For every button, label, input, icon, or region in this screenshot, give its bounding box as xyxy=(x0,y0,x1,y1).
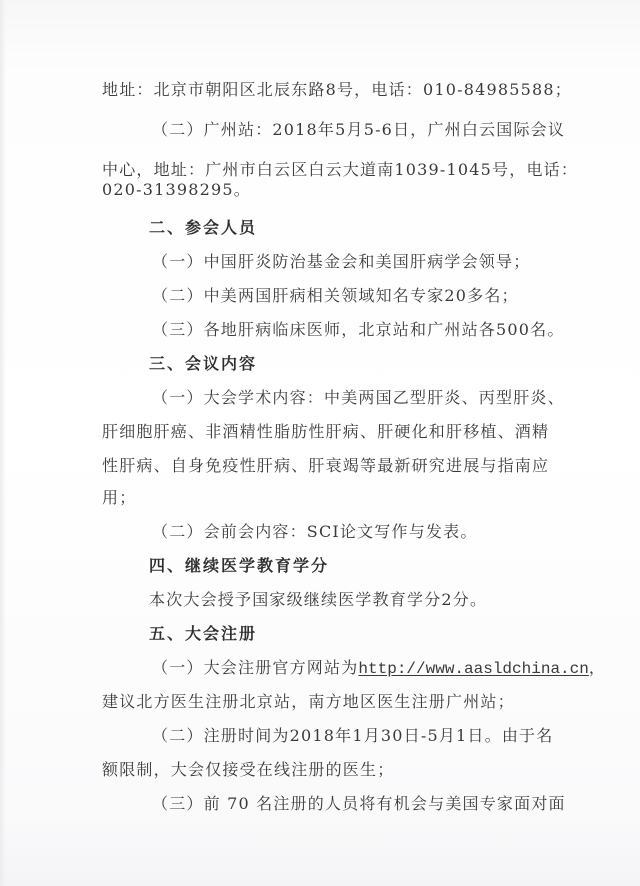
section-heading-registration: 五、大会注册 xyxy=(149,624,257,644)
guangzhou-address-line: 中心，地址：广州市白云区白云大道南1039-1045号，电话： xyxy=(102,160,578,180)
attendee-item-3: （三）各地肝病临床医师，北京站和广州站各500名。 xyxy=(152,320,565,340)
registration-item-2-line-1: （二）注册时间为2018年1月30日-5月1日。由于名 xyxy=(152,726,553,746)
content-item-1-line-1: （一）大会学术内容：中美两国乙型肝炎、丙型肝炎、 xyxy=(152,388,565,408)
content-item-2: （二）会前会内容：SCI论文写作与发表。 xyxy=(152,522,478,542)
attendee-item-2: （二）中美两国肝病相关领域知名专家20多名； xyxy=(152,286,519,306)
section-heading-attendees: 二、参会人员 xyxy=(149,218,257,238)
registration-item-1-line-1: （一）大会注册官方网站为http://www.aasldchina.cn， xyxy=(152,658,606,678)
registration-site-prefix: （一）大会注册官方网站为 xyxy=(152,658,358,677)
document-page: 地址：北京市朝阳区北辰东路8号，电话：010-84985588； （二）广州站：… xyxy=(0,0,640,886)
registration-item-2-line-2: 额限制，大会仅接受在线注册的医生； xyxy=(102,760,394,780)
registration-site-suffix: ， xyxy=(589,658,606,677)
section-heading-cme-credits: 四、继续医学教育学分 xyxy=(149,556,329,576)
registration-item-3-line-1: （三）前 70 名注册的人员将有机会与美国专家面对面 xyxy=(152,794,566,814)
registration-item-1-line-2: 建议北方医生注册北京站，南方地区医生注册广州站； xyxy=(102,692,515,712)
content-item-1-line-2: 肝细胞肝癌、非酒精性脂肪性肝病、肝硬化和肝移植、酒精 xyxy=(102,422,549,442)
beijing-address-line: 地址：北京市朝阳区北辰东路8号，电话：010-84985588； xyxy=(102,80,572,100)
registration-website-link[interactable]: http://www.aasldchina.cn xyxy=(358,660,588,678)
section-heading-content: 三、会议内容 xyxy=(149,354,257,374)
page-edge-shadow xyxy=(0,0,6,886)
cme-credits-text: 本次大会授予国家级继续医学教育学分2分。 xyxy=(149,590,487,610)
guangzhou-venue-line: （二）广州站：2018年5月5-6日，广州白云国际会议 xyxy=(152,120,565,140)
content-item-1-line-4: 用； xyxy=(102,488,136,508)
content-item-1-line-3: 性肝病、自身免疫性肝病、肝衰竭等最新研究进展与指南应 xyxy=(102,456,549,476)
attendee-item-1: （一）中国肝炎防治基金会和美国肝病学会领导； xyxy=(152,252,530,272)
guangzhou-phone-line: 020-31398295。 xyxy=(102,180,251,200)
